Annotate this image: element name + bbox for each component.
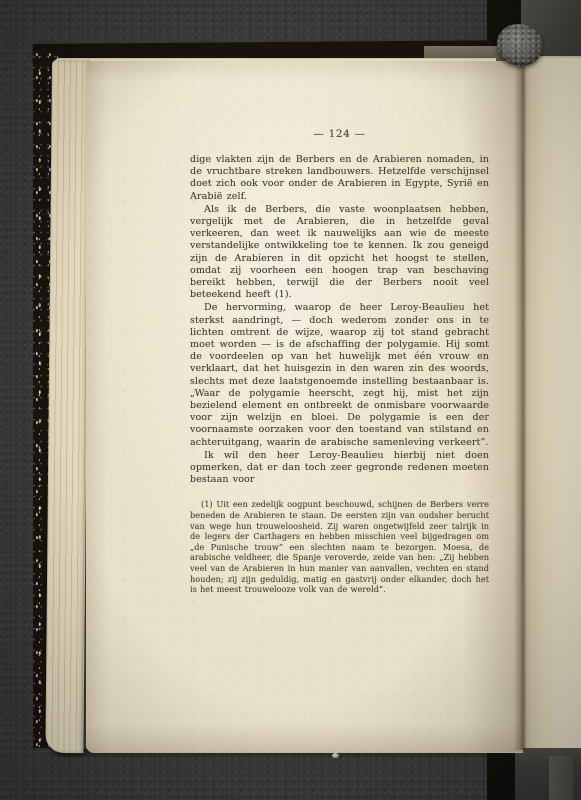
paragraph: De hervorming, waarop de heer Leroy-Beau… [190,302,489,448]
page-fore-edges [45,60,90,753]
paragraph: Als ik de Berbers, die vaste woonplaatse… [190,204,489,302]
paragraph: dige vlakten zijn de Berbers en de Arabi… [190,154,489,203]
body-text: dige vlakten zijn de Berbers en de Arabi… [190,154,489,486]
screw-dot [332,753,339,758]
footnote: (1) Uit een zedelijk oogpunt beschouwd, … [190,499,489,594]
paragraph: Ik wil den heer Leroy-Beaulieu hierbij n… [190,450,489,487]
book-page: — 124 — dige vlakten zijn de Berbers en … [86,61,523,753]
facing-page-edge [523,56,581,748]
scanner-background: — 124 — dige vlakten zijn de Berbers en … [0,0,581,800]
book: — 124 — dige vlakten zijn de Berbers en … [0,0,581,800]
printed-text-block: — 124 — dige vlakten zijn de Berbers en … [190,128,489,603]
page-number: — 124 — [190,128,489,140]
page-gutter-shadow [514,56,526,750]
clamp-knob [497,24,543,66]
